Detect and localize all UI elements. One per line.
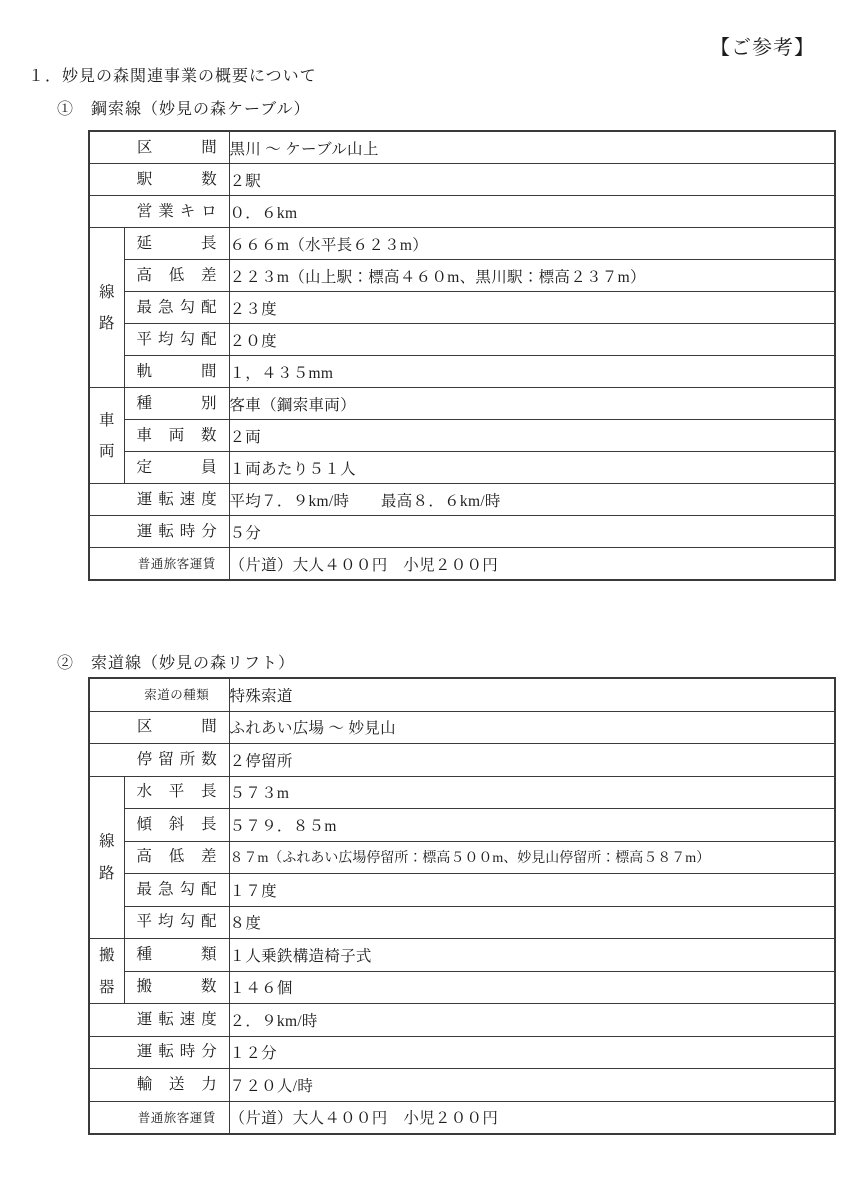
spec-row: 普通旅客運賃（片道）大人４００円 小児２００円 [89, 548, 835, 581]
row-label: 停留所数 [89, 744, 229, 777]
spec-row: 車両数２両 [89, 420, 835, 452]
row-value: １７度 [229, 874, 835, 907]
row-value: ２両 [229, 420, 835, 452]
group-label: 搬器 [89, 939, 124, 1004]
row-value: ５分 [229, 516, 835, 548]
row-value: ６６６m（水平長６２３m） [229, 228, 835, 260]
row-value: １人乗鉄構造椅子式 [229, 939, 835, 972]
spec-row: 輸送力７２０人/時 [89, 1069, 835, 1102]
spec-row: 索道の種類特殊索道 [89, 678, 835, 711]
row-value: ２．９km/時 [229, 1004, 835, 1037]
row-label: 定員 [124, 452, 229, 484]
row-value: ５７３m [229, 776, 835, 809]
spec-row: 区間ふれあい広場 ～ 妙見山 [89, 711, 835, 744]
row-label: 軌間 [124, 356, 229, 388]
row-value: １，４３５mm [229, 356, 835, 388]
spec-row: 搬数１４６個 [89, 971, 835, 1004]
spec-row: 営業キロ０．６km [89, 196, 835, 228]
row-label: 輸送力 [89, 1069, 229, 1102]
main-heading: １．妙見の森関連事業の概要について [28, 63, 317, 86]
row-value: ２駅 [229, 164, 835, 196]
row-value: ５７９．８５m [229, 809, 835, 842]
row-label: 区間 [89, 131, 229, 164]
row-label: 高低差 [124, 841, 229, 874]
group-label: 車両 [89, 388, 124, 484]
spec-row: 最急勾配１７度 [89, 874, 835, 907]
lift-spec-table-body: 索道の種類特殊索道区間ふれあい広場 ～ 妙見山停留所数２停留所線路水平長５７３m… [89, 678, 835, 1134]
row-label: 普通旅客運賃 [89, 548, 229, 581]
row-value: 客車（鋼索車両） [229, 388, 835, 420]
row-label: 普通旅客運賃 [89, 1101, 229, 1134]
row-label: 種別 [124, 388, 229, 420]
row-value: ２３度 [229, 292, 835, 324]
row-label: 運転速度 [89, 1004, 229, 1037]
row-value: １２分 [229, 1036, 835, 1069]
spec-row: 駅数２駅 [89, 164, 835, 196]
row-label: 傾斜長 [124, 809, 229, 842]
cable-spec-table: 区間黒川 ～ ケーブル山上駅数２駅営業キロ０．６km線路延長６６６m（水平長６２… [88, 130, 836, 581]
row-value: 黒川 ～ ケーブル山上 [229, 131, 835, 164]
row-label: 営業キロ [89, 196, 229, 228]
cable-spec-table-body: 区間黒川 ～ ケーブル山上駅数２駅営業キロ０．６km線路延長６６６m（水平長６２… [89, 131, 835, 580]
row-label: 最急勾配 [124, 292, 229, 324]
row-label: 種類 [124, 939, 229, 972]
spec-row: 停留所数２停留所 [89, 744, 835, 777]
row-label: 運転時分 [89, 516, 229, 548]
row-value: ７２０人/時 [229, 1069, 835, 1102]
spec-row: 最急勾配２３度 [89, 292, 835, 324]
spec-row: 軌間１，４３５mm [89, 356, 835, 388]
spec-row: 車両種別客車（鋼索車両） [89, 388, 835, 420]
spec-row: 傾斜長５７９．８５m [89, 809, 835, 842]
row-label: 駅数 [89, 164, 229, 196]
row-label: 最急勾配 [124, 874, 229, 907]
row-label: 区間 [89, 711, 229, 744]
spec-row: 運転速度平均７．９km/時 最高８．６km/時 [89, 484, 835, 516]
row-label: 延長 [124, 228, 229, 260]
section-heading-cable: ① 鋼索線（妙見の森ケーブル） [57, 96, 311, 119]
spec-row: 平均勾配２０度 [89, 324, 835, 356]
reference-label: 【ご参考】 [710, 31, 815, 60]
row-value: 平均７．９km/時 最高８．６km/時 [229, 484, 835, 516]
row-value: ふれあい広場 ～ 妙見山 [229, 711, 835, 744]
spec-row: 運転時分５分 [89, 516, 835, 548]
section-heading-lift: ② 索道線（妙見の森リフト） [57, 650, 295, 673]
row-label: 運転速度 [89, 484, 229, 516]
row-label: 平均勾配 [124, 906, 229, 939]
spec-row: 搬器種類１人乗鉄構造椅子式 [89, 939, 835, 972]
document-page: 【ご参考】 １．妙見の森関連事業の概要について ① 鋼索線（妙見の森ケーブル） … [0, 0, 855, 1200]
lift-spec-table: 索道の種類特殊索道区間ふれあい広場 ～ 妙見山停留所数２停留所線路水平長５７３m… [88, 677, 836, 1135]
row-value: ８７m（ふれあい広場停留所：標高５００m、妙見山停留所：標高５８７m） [229, 841, 835, 874]
row-value: １両あたり５１人 [229, 452, 835, 484]
row-value: （片道）大人４００円 小児２００円 [229, 1101, 835, 1134]
row-value: １４６個 [229, 971, 835, 1004]
spec-row: 高低差８７m（ふれあい広場停留所：標高５００m、妙見山停留所：標高５８７m） [89, 841, 835, 874]
row-label: 高低差 [124, 260, 229, 292]
row-value: ２０度 [229, 324, 835, 356]
spec-row: 線路水平長５７３m [89, 776, 835, 809]
row-value: （片道）大人４００円 小児２００円 [229, 548, 835, 581]
spec-row: 運転速度２．９km/時 [89, 1004, 835, 1037]
row-value: ０．６km [229, 196, 835, 228]
row-label: 索道の種類 [89, 678, 229, 711]
row-value: ２停留所 [229, 744, 835, 777]
row-value: ２２３m（山上駅：標高４６０m、黒川駅：標高２３７m） [229, 260, 835, 292]
row-value: 特殊索道 [229, 678, 835, 711]
row-label: 水平長 [124, 776, 229, 809]
row-value: ８度 [229, 906, 835, 939]
group-label: 線路 [89, 776, 124, 939]
spec-row: 定員１両あたり５１人 [89, 452, 835, 484]
row-label: 運転時分 [89, 1036, 229, 1069]
spec-row: 線路延長６６６m（水平長６２３m） [89, 228, 835, 260]
row-label: 平均勾配 [124, 324, 229, 356]
group-label: 線路 [89, 228, 124, 388]
row-label: 車両数 [124, 420, 229, 452]
spec-row: 高低差２２３m（山上駅：標高４６０m、黒川駅：標高２３７m） [89, 260, 835, 292]
row-label: 搬数 [124, 971, 229, 1004]
spec-row: 区間黒川 ～ ケーブル山上 [89, 131, 835, 164]
spec-row: 平均勾配８度 [89, 906, 835, 939]
spec-row: 普通旅客運賃（片道）大人４００円 小児２００円 [89, 1101, 835, 1134]
spec-row: 運転時分１２分 [89, 1036, 835, 1069]
